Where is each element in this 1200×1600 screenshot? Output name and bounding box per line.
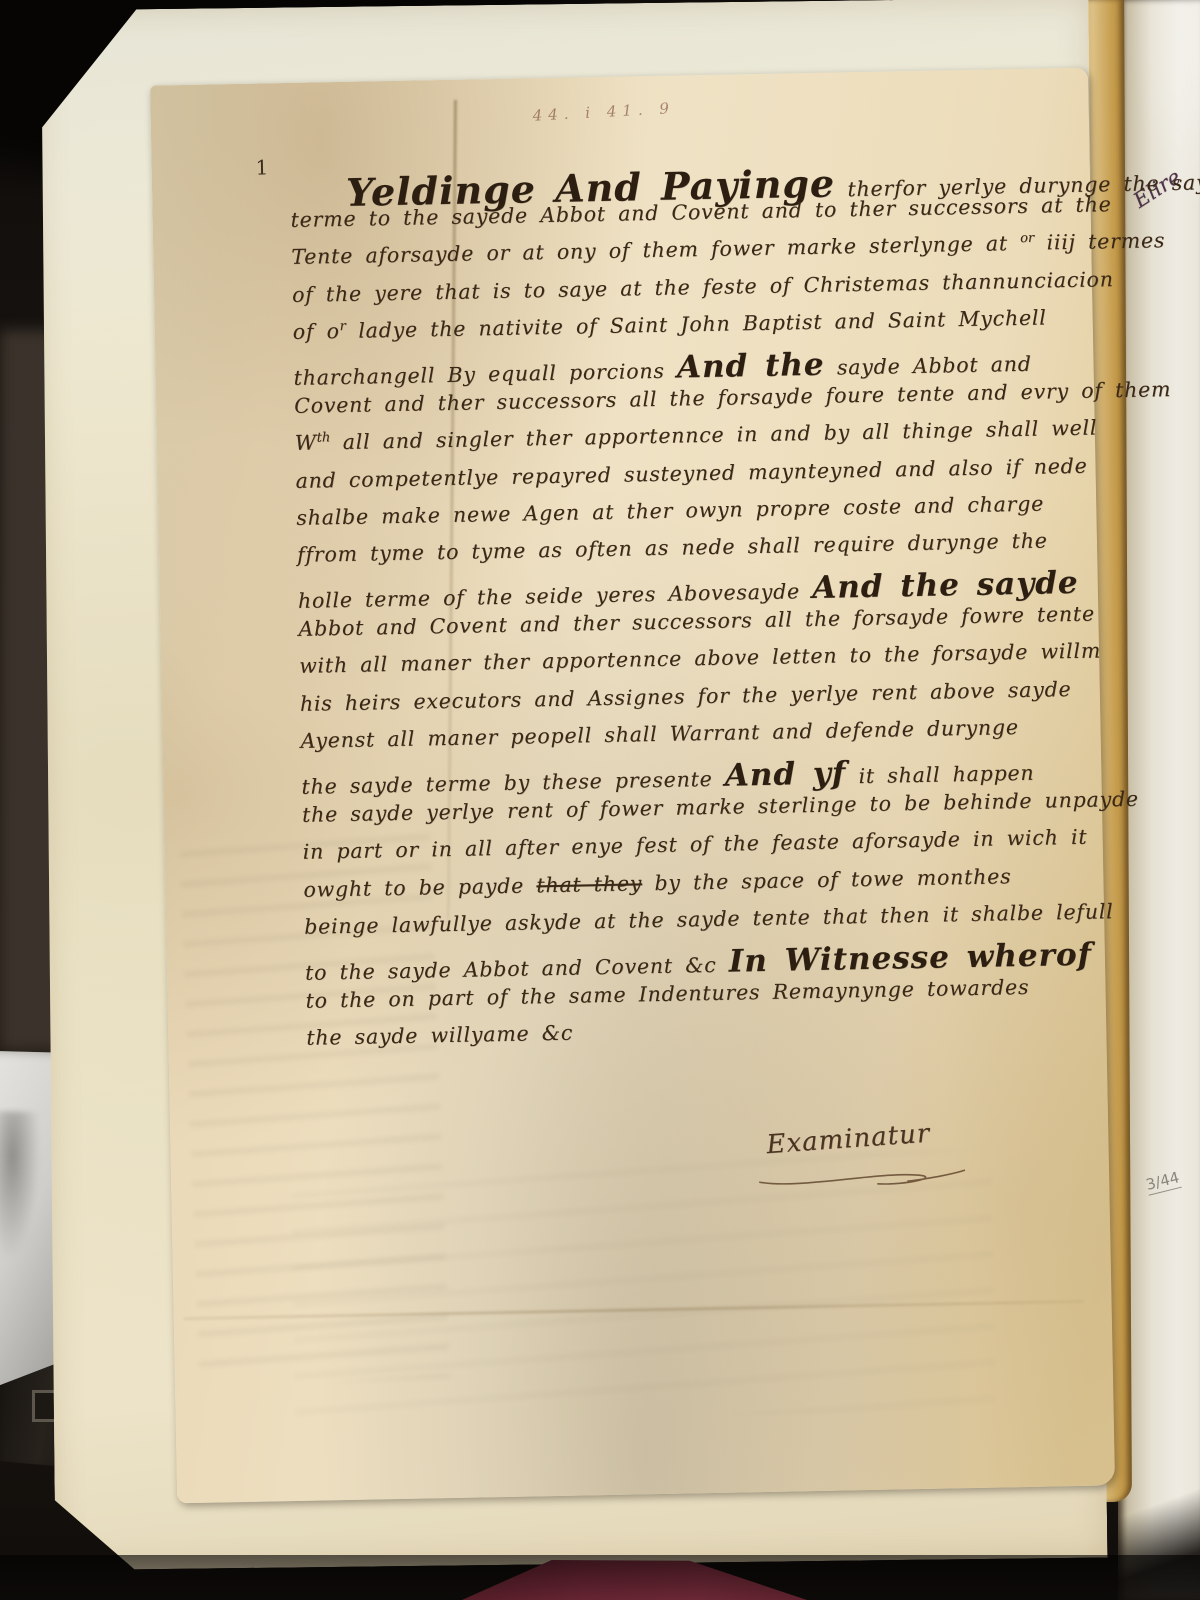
faded-ink-traces: 44. i 41. 9 — [532, 99, 675, 125]
manuscript-leaf: 44. i 41. 9 1 Yeldinge And Payinge therf… — [150, 68, 1115, 1504]
superscript-abbreviation: or — [1020, 231, 1034, 246]
pencil-folio-mark: 3/44 — [1144, 1168, 1182, 1196]
margin-ink-mark: 1 — [255, 155, 268, 179]
struck-through-text: that they — [536, 871, 642, 897]
manuscript-photograph: Elire 3/44 44. i 41. 9 1 Yeldinge And Pa… — [0, 0, 1200, 1600]
display-script-text: In Witnesse wherof — [728, 937, 1092, 980]
body-text: W — [295, 431, 317, 455]
body-text: the sayde willyame &c — [306, 1021, 573, 1050]
display-script-text: And yf — [724, 755, 846, 793]
body-text: it shall happen — [846, 761, 1035, 789]
superscript-abbreviation: th — [317, 431, 331, 446]
body-text: the sayde terme by these presente — [301, 767, 725, 799]
body-text: of o — [293, 319, 340, 344]
body-text: tharchangell By equall porcions — [293, 358, 677, 389]
body-text: iiij termes — [1034, 229, 1165, 256]
body-text: owght to be payde — [303, 873, 536, 901]
support-shading — [0, 1111, 41, 1262]
body-text: sayde Abbot and — [824, 352, 1032, 380]
display-script-text: And the — [677, 347, 825, 386]
manuscript-text: Yeldinge And Payinge therfor yerlye dury… — [290, 155, 1117, 1063]
display-script-text: And the sayde — [812, 565, 1079, 606]
signature-flourish-icon — [757, 1160, 968, 1194]
body-text: to the sayde Abbot and Covent &c — [305, 953, 729, 985]
